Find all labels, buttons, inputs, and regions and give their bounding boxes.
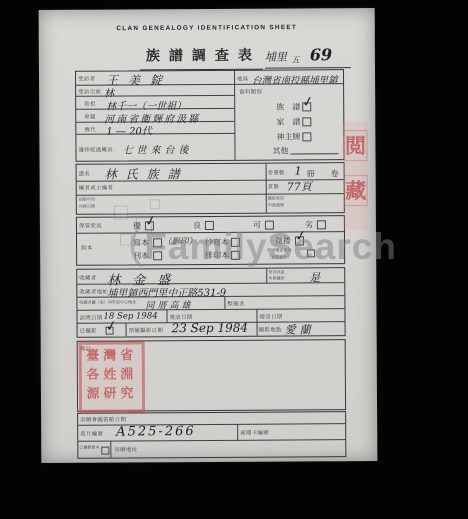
hall-address-label: 收藏者屬（家）祠堂或中心地址 xyxy=(79,300,136,305)
collector-name-label: 收藏者 xyxy=(79,274,96,282)
page-note-sub: 五 xyxy=(291,55,299,64)
table-collector: 收藏者 林金盛 是否同意 本會攝影 是 收藏者地址 埔里鎮西門里中正路531-9… xyxy=(76,267,345,338)
area-value: 台灣省南投縣埔里鎮 xyxy=(252,72,338,87)
clan-label: 受訪宗族 xyxy=(78,87,101,95)
familysearch-watermark: (FamilySearch xyxy=(128,224,397,269)
category-family-checkbox xyxy=(302,117,311,126)
revisit-date-label: 複訪日期 xyxy=(169,313,192,321)
form-title: 族譜調查表 xyxy=(140,45,263,71)
microfilm-copy-checkbox xyxy=(101,446,109,454)
collector-address-label: 收藏者地址 xyxy=(79,287,108,295)
negative-number-value: A525-266 xyxy=(116,424,196,439)
society-seal: 臺灣省各姓淵源研究 xyxy=(79,341,145,412)
genealogy-title-value: 林氏族譜 xyxy=(105,165,189,183)
category-tablet-checkbox xyxy=(302,132,311,141)
grid-line xyxy=(126,322,127,336)
condition-label: 保管狀況 xyxy=(79,222,102,230)
preface-date-label: 序跋日期 xyxy=(79,205,95,210)
interviewee-value: 王美錠 xyxy=(106,71,172,88)
film-place-value: 愛蘭 xyxy=(285,321,315,337)
donation-address-label: 寄贈地址 xyxy=(114,445,137,453)
table-genealogy: 譜名 林氏族譜 卷冊數 1 冊 卷 編者或主編者 頁數 77頁 初版年份 序跋日… xyxy=(76,162,345,215)
sheet-band-title: CLAN GENEALOGY IDENTIFICATION SHEET xyxy=(72,23,341,32)
grid-line xyxy=(166,309,167,322)
grid-line xyxy=(110,441,111,458)
category-option-label: 神主牌 xyxy=(276,131,300,142)
category-option-label: 家 譜 xyxy=(276,116,300,127)
film-place-label: 攝影地點 xyxy=(259,326,282,334)
grid-line xyxy=(237,424,238,440)
pages-label: 頁數 xyxy=(268,183,280,191)
migration-value: 七世來台後 xyxy=(122,141,192,156)
category-title: 資料類別 xyxy=(239,88,262,96)
generations-label: 傳代 xyxy=(84,125,96,133)
page-note-number: 69 xyxy=(310,45,332,64)
archive-seal-right: 閲 藏 xyxy=(343,122,368,230)
grid-line xyxy=(256,309,257,322)
library-date-label: 寄贈會圖書館日期 xyxy=(80,416,126,424)
editor-label: 編者或主編者 xyxy=(79,184,114,192)
scanner-background: CLAN GENEALOGY IDENTIFICATION SHEET 族譜調查… xyxy=(0,0,468,519)
page-note: 埔里 五 69 xyxy=(265,45,351,69)
page-note-place: 埔里 xyxy=(265,51,287,64)
organizer-label: 整理者 xyxy=(227,299,244,307)
film-date-label: 預備攝影日期 xyxy=(129,326,164,334)
category-genealogy-checkbox xyxy=(302,102,311,111)
filmed-checkbox xyxy=(106,327,114,335)
grid-line xyxy=(76,133,234,135)
origin-label: 原籍 xyxy=(84,113,96,121)
film-date-value: 23 Sep 1984 xyxy=(172,321,249,335)
volumes-unit2: 卷 xyxy=(331,168,339,179)
category-option-label: 其他 xyxy=(272,146,288,157)
hall-address-value: 同厝高雄 xyxy=(145,298,193,311)
edition-year-label: 初版年份 xyxy=(79,198,95,203)
area-label: 地區 xyxy=(237,75,249,83)
microfilm-copy-label: 已攝微捲本 xyxy=(79,446,99,451)
first-ancestor-label: 始祖 xyxy=(84,100,96,108)
index-card-label: 索閱卡編號 xyxy=(240,429,269,437)
filming-status-label: 攝影狀況 xyxy=(268,197,284,202)
consent-label: 是否同意 xyxy=(268,271,284,276)
filmed-label: 已攝影 xyxy=(80,327,97,335)
category-option-label: 族 譜 xyxy=(276,101,300,112)
seal-character: 閲 xyxy=(343,130,367,161)
interviewee-label: 受訪者 xyxy=(78,75,95,83)
table-archive: 寄贈會圖書館日期 底片編號 A525-266 索閱卡編號 已攝微捲本 寄贈地址 xyxy=(77,411,346,459)
migration-label: 遷移經過概況 xyxy=(78,146,113,154)
seal-character: 藏 xyxy=(344,175,368,206)
table-interviewee: 受訪者 王美錠 地區 台灣省南投縣埔里鎮 受訪宗族 林 始祖 林千一（一世祖） … xyxy=(75,69,345,162)
edition-label: 版本 xyxy=(81,244,93,252)
volumes-label: 卷冊數 xyxy=(268,169,285,177)
consent-value: 是 xyxy=(309,269,320,285)
grid-line xyxy=(257,322,258,336)
visit-date-label: 訪問日期 xyxy=(79,313,102,321)
watermark-text: FamilySearch xyxy=(144,226,397,267)
added-visit-date-label: 增訪日期 xyxy=(259,312,282,320)
other-blank-line xyxy=(291,153,339,154)
volumes-value: 1 xyxy=(295,164,302,177)
familysearch-logo-mark: ( xyxy=(126,223,145,269)
negative-number-label: 底片編號 xyxy=(80,430,103,438)
pages-value: 77頁 xyxy=(287,178,312,194)
consent-label2: 本會攝影 xyxy=(268,277,284,282)
application-label: 申請處理 xyxy=(268,204,284,209)
generations-value: 1 — 20代 xyxy=(106,122,152,137)
genealogy-title-label: 譜名 xyxy=(79,170,91,178)
grid-line xyxy=(266,269,267,283)
